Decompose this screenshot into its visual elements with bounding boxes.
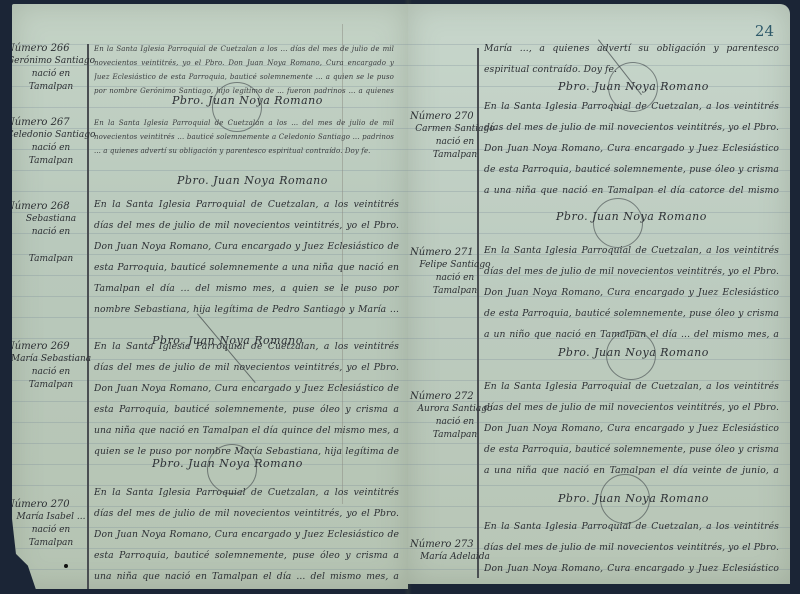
parish-seal: [606, 330, 656, 380]
birth-note: nació en: [12, 524, 96, 537]
birth-note: nació en: [12, 366, 96, 379]
entry-number: Número 266: [12, 42, 96, 55]
pin-hole-mark: [64, 564, 68, 568]
birth-place: Tamalpan: [12, 253, 96, 266]
entry-body-272: En la Santa Iglesia Parroquial de Cuetza…: [484, 376, 779, 481]
birth-note: nació en: [12, 226, 96, 239]
baptized-name: Sebastiana: [12, 213, 96, 226]
entry-margin-268: Número 268 Sebastiana nació en Tamalpan: [12, 200, 96, 266]
entry-number: Número 269: [12, 340, 96, 353]
priest-signature: Pbro. Juan Noya Romano: [177, 174, 328, 187]
baptized-name: Celedonio Santiago: [12, 129, 96, 142]
baptized-name: María Isabel ...: [12, 511, 96, 524]
birth-place: Tamalpan: [12, 81, 96, 94]
baptized-name: María Sebastiana: [12, 353, 96, 366]
entry-body-269: En la Santa Iglesia Parroquial de Cuetza…: [94, 336, 399, 462]
entry-body-270-left: En la Santa Iglesia Parroquial de Cuetza…: [94, 482, 399, 587]
entry-margin-267: Número 267 Celedonio Santiago nació en T…: [12, 116, 96, 168]
entry-margin-270-left: Número 270 María Isabel ... nació en Tam…: [12, 498, 96, 550]
entry-body-273: En la Santa Iglesia Parroquial de Cuetza…: [484, 516, 779, 579]
entry-body-270: En la Santa Iglesia Parroquial de Cuetza…: [484, 96, 779, 201]
entry-number: Número 267: [12, 116, 96, 129]
entry-body-267: En la Santa Iglesia Parroquial de Cuetza…: [94, 116, 394, 172]
entry-margin-269: Número 269 María Sebastiana nació en Tam…: [12, 340, 96, 392]
entry-number: Número 268: [12, 200, 96, 213]
baptized-name: Gerónimo Santiago: [12, 55, 96, 68]
right-page: 24 María ..., a quienes advertí su oblig…: [408, 4, 790, 584]
birth-place: Tamalpan: [12, 155, 96, 168]
left-page: Número 266 Gerónimo Santiago nació en Ta…: [12, 4, 408, 589]
entry-number: Número 270: [12, 498, 96, 511]
birth-place: Tamalpan: [12, 537, 96, 550]
birth-note: nació en: [12, 68, 96, 81]
birth-place: Tamalpan: [12, 379, 96, 392]
entry-margin-266: Número 266 Gerónimo Santiago nació en Ta…: [12, 42, 96, 94]
entry-body-268: En la Santa Iglesia Parroquial de Cuetza…: [94, 194, 399, 320]
birth-note: nació en: [12, 142, 96, 155]
